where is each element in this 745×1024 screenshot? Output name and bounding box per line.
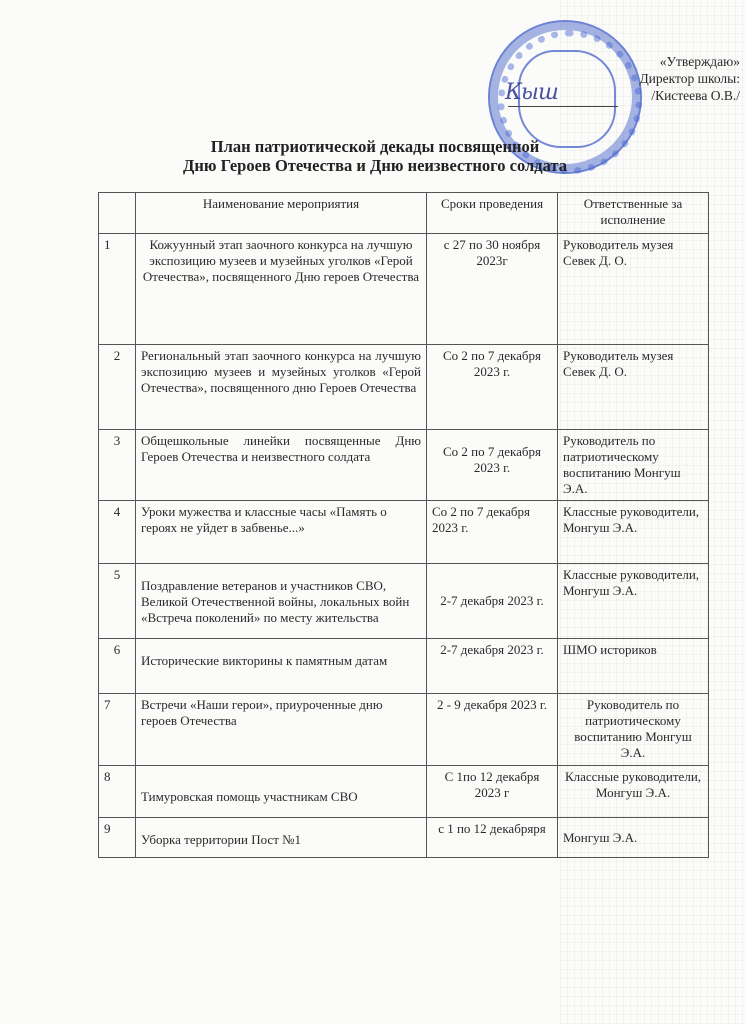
row-number: 5 [99,564,136,639]
event-dates: с 27 по 30 ноября 2023г [427,234,558,345]
event-responsible: ШМО историков [558,639,709,694]
table-row: 6 Исторические викторины к памятным дата… [99,639,709,694]
event-dates: Со 2 по 7 декабря 2023 г. [427,501,558,564]
row-number: 1 [99,234,136,345]
header-event-name: Наименование мероприятия [136,193,427,234]
event-dates: с 1 по 12 декабряря [427,818,558,858]
events-table: Наименование мероприятия Сроки проведени… [98,192,709,858]
title-line-1: План патриотической декады посвященной [140,137,610,156]
event-dates: 2 - 9 декабря 2023 г. [427,694,558,766]
row-number: 6 [99,639,136,694]
event-name: Общешкольные линейки посвященные Дню Гер… [136,430,427,501]
row-number: 8 [99,766,136,818]
approval-position: Директор школы: [590,70,740,87]
event-name: Поздравление ветеранов и участников СВО,… [136,564,427,639]
event-responsible: Руководитель по патриотическому воспитан… [558,694,709,766]
row-number: 2 [99,345,136,430]
event-name: Региональный этап заочного конкурса на л… [136,345,427,430]
table-row: 1 Кожуунный этап заочного конкурса на лу… [99,234,709,345]
header-dates: Сроки проведения [427,193,558,234]
event-name: Встречи «Наши герои», приуроченные дню г… [136,694,427,766]
header-responsible: Ответственные за исполнение [558,193,709,234]
approval-label: «Утверждаю» [590,53,740,70]
table-row: 2 Региональный этап заочного конкурса на… [99,345,709,430]
event-name: Уборка территории Пост №1 [136,818,427,858]
row-number: 9 [99,818,136,858]
approval-block: «Утверждаю» Директор школы: /Кистеева О.… [590,53,740,104]
table-row: 7 Встречи «Наши герои», приуроченные дню… [99,694,709,766]
event-name: Кожуунный этап заочного конкурса на лучш… [136,234,427,345]
table-row: 5 Поздравление ветеранов и участников СВ… [99,564,709,639]
event-name: Тимуровская помощь участникам СВО [136,766,427,818]
table-header-row: Наименование мероприятия Сроки проведени… [99,193,709,234]
table-row: 4 Уроки мужества и классные часы «Память… [99,501,709,564]
header-number [99,193,136,234]
event-dates: 2-7 декабря 2023 г. [427,639,558,694]
row-number: 4 [99,501,136,564]
event-responsible: Классные руководители, Монгуш Э.А. [558,501,709,564]
event-responsible: Руководитель музея Севек Д. О. [558,234,709,345]
page-title: План патриотической декады посвященной Д… [140,137,610,175]
row-number: 7 [99,694,136,766]
table-row: 3 Общешкольные линейки посвященные Дню Г… [99,430,709,501]
event-responsible: Классные руководители, Монгуш Э.А. [558,564,709,639]
approval-name: /Кистеева О.В./ [590,87,740,104]
event-dates: 2-7 декабря 2023 г. [427,564,558,639]
event-dates: Со 2 по 7 декабря 2023 г. [427,430,558,501]
event-name: Исторические викторины к памятным датам [136,639,427,694]
row-number: 3 [99,430,136,501]
title-line-2: Дню Героев Отечества и Дню неизвестного … [140,156,610,175]
event-dates: С 1по 12 декабря 2023 г [427,766,558,818]
table-row: 9 Уборка территории Пост №1 с 1 по 12 де… [99,818,709,858]
event-responsible: Монгуш Э.А. [558,818,709,858]
event-responsible: Руководитель музея Севек Д. О. [558,345,709,430]
table-row: 8 Тимуровская помощь участникам СВО С 1п… [99,766,709,818]
event-responsible: Классные руководители, Монгуш Э.А. [558,766,709,818]
event-name: Уроки мужества и классные часы «Память о… [136,501,427,564]
event-responsible: Руководитель по патриотическому воспитан… [558,430,709,501]
event-dates: Со 2 по 7 декабря 2023 г. [427,345,558,430]
signature-line [508,106,618,107]
